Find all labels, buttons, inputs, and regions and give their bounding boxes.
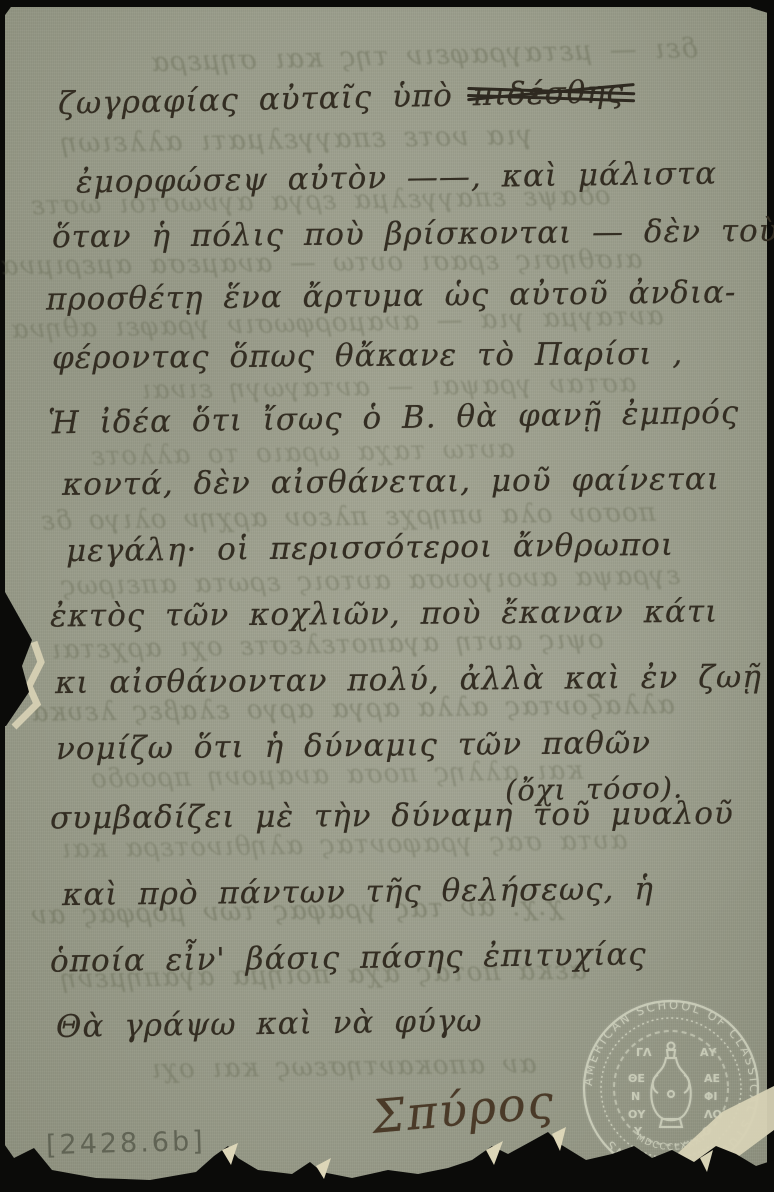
seal-inner-ring [601, 1018, 741, 1158]
catalog-number: [2428.6b] [46, 1126, 206, 1161]
handwriting-line: ὁποία εἶν' βάσις πάσης ἐπιτυχίας [50, 936, 647, 979]
handwriting-line: νομίζω ὅτι ἡ δύναμις τῶν παθῶν [56, 725, 651, 767]
handwriting-line: προσθέτῃ ἕνα ἄρτυμα ὡς αὐτοῦ ἀνδια- [46, 274, 737, 317]
handwriting-line: ὅταν ἡ πόλις ποὺ βρίσκονται — δὲν τοὺς [52, 213, 774, 255]
handwriting-line: κοντά, δὲν αἰσθάνεται, μοῦ φαίνεται [62, 461, 720, 503]
svg-text:Υ: Υ [633, 1125, 643, 1138]
seal-year: MDCCCLXXXI [634, 1133, 707, 1153]
svg-text:ΑΥ: ΑΥ [700, 1046, 718, 1059]
bleedthrough-line: αν αποκαντησεως και οχι [150, 1049, 537, 1084]
handwriting-line: μεγάλη· οἱ περισσότεροι ἄνθρωποι [66, 527, 674, 569]
svg-text:ΓΛ: ΓΛ [636, 1046, 652, 1059]
svg-text:ΘΕ: ΘΕ [628, 1072, 645, 1085]
svg-text:ΛΟ: ΛΟ [704, 1108, 722, 1121]
svg-text:ΦΙ: ΦΙ [704, 1090, 717, 1103]
handwriting-line: συμβαδίζει μὲ τὴν δύναμη τοῦ μυαλοῦ [50, 796, 734, 837]
seal-letters: ΓΛ ΘΕ Ν ΟΥ Υ ΑΥ ΑΕ ΦΙ ΛΟ Ο [628, 1046, 722, 1138]
svg-text:ΑΕ: ΑΕ [704, 1072, 720, 1085]
crossed-out-word: πιδέσθης [472, 74, 624, 113]
svg-text:Ο: Ο [702, 1125, 711, 1138]
handwriting-line: Θὰ γράψω καὶ νὰ φύγω [56, 1003, 483, 1045]
embossing-seal: AMERICAN SCHOOL OF CLASSICAL STUDIES AT … [578, 996, 774, 1192]
svg-text:ΟΥ: ΟΥ [628, 1108, 646, 1121]
handwriting-line: καὶ πρὸ πάντων τῆς θελήσεως, ἡ [62, 871, 654, 913]
handwriting-line: κι αἰσθάνονταν πολύ, ἀλλὰ καὶ ἐν ζωῇ [55, 659, 762, 701]
seal-amphora-icon [651, 1043, 691, 1128]
handwriting-line: ἐκτὸς τῶν κοχλιῶν, ποὺ ἔκαναν κάτι [50, 594, 718, 635]
svg-text:Ν: Ν [631, 1090, 640, 1103]
handwriting-line: φέροντας ὅπως θἄκανε τὸ Παρίσι , [52, 336, 683, 376]
scanned-document: δει — μεταγραφειν της και σημερα για νοτ… [0, 0, 774, 1192]
